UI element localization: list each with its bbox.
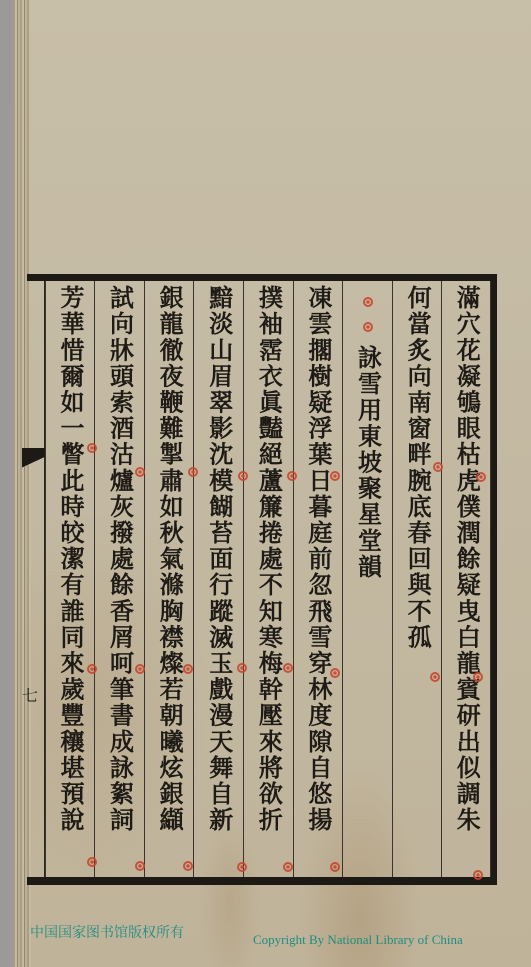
text-column-4: 凍雲擱樹疑浮葉日暮庭前忽飛雪穿林度隙自悠揚 <box>293 281 343 877</box>
poem-line: 何當炙向南窗畔腕底春回與不孤 <box>405 285 429 650</box>
poem-title: 詠雪用東坡聚星堂韻 <box>356 345 380 580</box>
text-column-2: 何當炙向南窗畔腕底春回與不孤 <box>392 281 442 877</box>
copyright-watermark-english: Copyright By National Library of China <box>253 932 463 948</box>
punctuation-circle-icon <box>430 672 440 682</box>
punctuation-circle-icon <box>135 664 145 674</box>
punctuation-circle-icon <box>237 663 247 673</box>
punctuation-circle-icon <box>135 467 145 477</box>
punctuation-circle-icon <box>87 664 97 674</box>
page-number: 七 <box>22 683 38 706</box>
punctuation-circle-icon <box>237 862 247 872</box>
poem-line: 試向牀頭索酒沽爐灰撥處餘香屑呵筆書成詠絮詞 <box>108 285 132 833</box>
punctuation-circle-icon <box>283 663 293 673</box>
punctuation-circle-icon <box>183 664 193 674</box>
punctuation-circle-icon <box>287 471 297 481</box>
punctuation-circle-icon <box>238 471 248 481</box>
text-column-6: 黯淡山眉翠影沈模餬苔面行蹤滅玉戲漫天舞自新 <box>193 281 243 877</box>
punctuation-circle-icon <box>330 668 340 678</box>
punctuation-circle-icon <box>188 467 198 477</box>
text-column-5: 撲袖霑衣眞豔絕蘆簾捲處不知寒梅幹壓來將欲折 <box>243 281 293 877</box>
poem-line: 凍雲擱樹疑浮葉日暮庭前忽飛雪穿林度隙自悠揚 <box>306 285 330 833</box>
punctuation-circle-icon <box>473 870 483 880</box>
poem-line: 銀龍徹夜鞭難掣肅如秋氣滌胸襟燦若朝曦炫銀纈 <box>157 285 181 833</box>
text-column-7: 銀龍徹夜鞭難掣肅如秋氣滌胸襟燦若朝曦炫銀纈 <box>144 281 194 877</box>
punctuation-circle-icon <box>363 297 373 307</box>
punctuation-circle-icon <box>283 862 293 872</box>
poem-line: 芳華惜爾如一瞥此時皎潔有誰同來歲豐穰堪預說 <box>58 285 82 833</box>
punctuation-circle-icon <box>183 861 193 871</box>
text-column-9: 芳華惜爾如一瞥此時皎潔有誰同來歲豐穰堪預說 <box>45 281 95 877</box>
punctuation-circle-icon <box>476 472 486 482</box>
text-column-3: 詠雪用東坡聚星堂韻 <box>342 281 392 877</box>
punctuation-circle-icon <box>135 861 145 871</box>
poem-line: 黯淡山眉翠影沈模餬苔面行蹤滅玉戲漫天舞自新 <box>207 285 231 833</box>
punctuation-circle-icon <box>363 322 373 332</box>
poem-line: 滿穴花凝鴝眼枯虎僕潤餘疑曳白龍賓研出似調朱 <box>454 285 478 833</box>
punctuation-circle-icon <box>87 857 97 867</box>
punctuation-circle-icon <box>87 443 97 453</box>
text-column-1: 滿穴花凝鴝眼枯虎僕潤餘疑曳白龍賓研出似調朱 <box>441 281 491 877</box>
punctuation-circle-icon <box>473 672 483 682</box>
punctuation-circle-icon <box>433 462 443 472</box>
copyright-watermark-chinese: 中国国家图书馆版权所有 <box>30 922 184 942</box>
fishtail-mark-icon <box>22 448 46 472</box>
punctuation-circle-icon <box>330 862 340 872</box>
punctuation-circle-icon <box>330 471 340 481</box>
text-column-8: 試向牀頭索酒沽爐灰撥處餘香屑呵筆書成詠絮詞 <box>94 281 144 877</box>
text-columns: 滿穴花凝鴝眼枯虎僕潤餘疑曳白龍賓研出似調朱 何當炙向南窗畔腕底春回與不孤 詠雪用… <box>44 281 491 877</box>
poem-line: 撲袖霑衣眞豔絕蘆簾捲處不知寒梅幹壓來將欲折 <box>256 285 280 833</box>
